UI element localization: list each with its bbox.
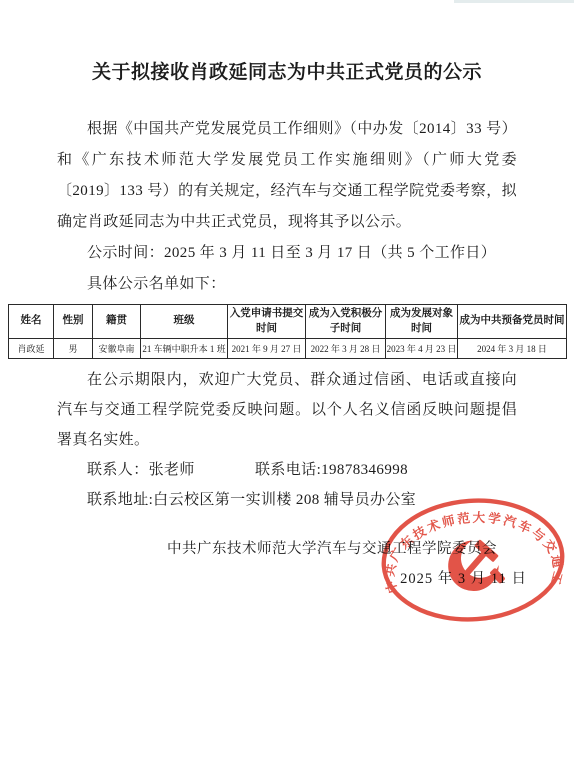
hammer-and-sickle-icon [446, 538, 506, 593]
table-header-row: 姓名 性别 籍贯 班级 入党申请书提交时间 成为入党积极分子时间 成为发展对象时… [9, 305, 567, 339]
col-header-gender: 性别 [54, 305, 93, 339]
col-header-class: 班级 [141, 305, 228, 339]
publicity-roster-table: 姓名 性别 籍贯 班级 入党申请书提交时间 成为入党积极分子时间 成为发展对象时… [8, 304, 567, 359]
notice-document-page: 关于拟接收肖政延同志为中共正式党员的公示 根据《中国共产党发展党员工作细则》（中… [0, 0, 574, 771]
paragraph-basis: 根据《中国共产党发展党员工作细则》（中办发〔2014〕33 号）和《广东技术师范… [57, 114, 517, 238]
paragraph-feedback: 在公示期限内，欢迎广大党员、群众通过信函、电话或直接向汽车与交通工程学院党委反映… [57, 365, 517, 455]
paragraph-list-intro: 具体公示名单如下： [57, 269, 517, 300]
cell-application-date: 2021 年 9 月 27 日 [228, 339, 306, 359]
cell-development-date: 2023 年 4 月 23 日 [386, 339, 458, 359]
cell-name: 肖政延 [9, 339, 54, 359]
cell-gender: 男 [54, 339, 93, 359]
contact-person: 联系人：张老师 [87, 462, 195, 478]
table-row: 肖政延 男 安徽阜南 21 车辆中职升本 1 班 2021 年 9 月 27 日… [9, 339, 567, 359]
col-header-activist-date: 成为入党积极分子时间 [306, 305, 386, 339]
notice-body-bottom: 在公示期限内，欢迎广大党员、群众通过信函、电话或直接向汽车与交通工程学院党委反映… [57, 365, 517, 515]
contact-phone: 联系电话:19878346998 [255, 462, 408, 478]
col-header-native-place: 籍贯 [93, 305, 141, 339]
notice-body-top: 根据《中国共产党发展党员工作细则》（中办发〔2014〕33 号）和《广东技术师范… [57, 114, 517, 300]
col-header-development-date: 成为发展对象时间 [386, 305, 458, 339]
cell-class: 21 车辆中职升本 1 班 [141, 339, 228, 359]
col-header-application-date: 入党申请书提交时间 [228, 305, 306, 339]
col-header-name: 姓名 [9, 305, 54, 339]
scan-edge-artifact [454, 0, 574, 3]
contact-line: 联系人：张老师 联系电话:19878346998 [57, 455, 517, 485]
paragraph-publicity-period: 公示时间：2025 年 3 月 11 日至 3 月 17 日（共 5 个工作日） [57, 238, 517, 269]
page-title: 关于拟接收肖政延同志为中共正式党员的公示 [0, 0, 574, 88]
official-seal: 中共广东技术师范大学汽车与交通工程学院委员会 [369, 485, 574, 634]
cell-native-place: 安徽阜南 [93, 339, 141, 359]
col-header-probationary-date: 成为中共预备党员时间 [458, 305, 567, 339]
cell-activist-date: 2022 年 3 月 28 日 [306, 339, 386, 359]
cell-probationary-date: 2024 年 3 月 18 日 [458, 339, 567, 359]
